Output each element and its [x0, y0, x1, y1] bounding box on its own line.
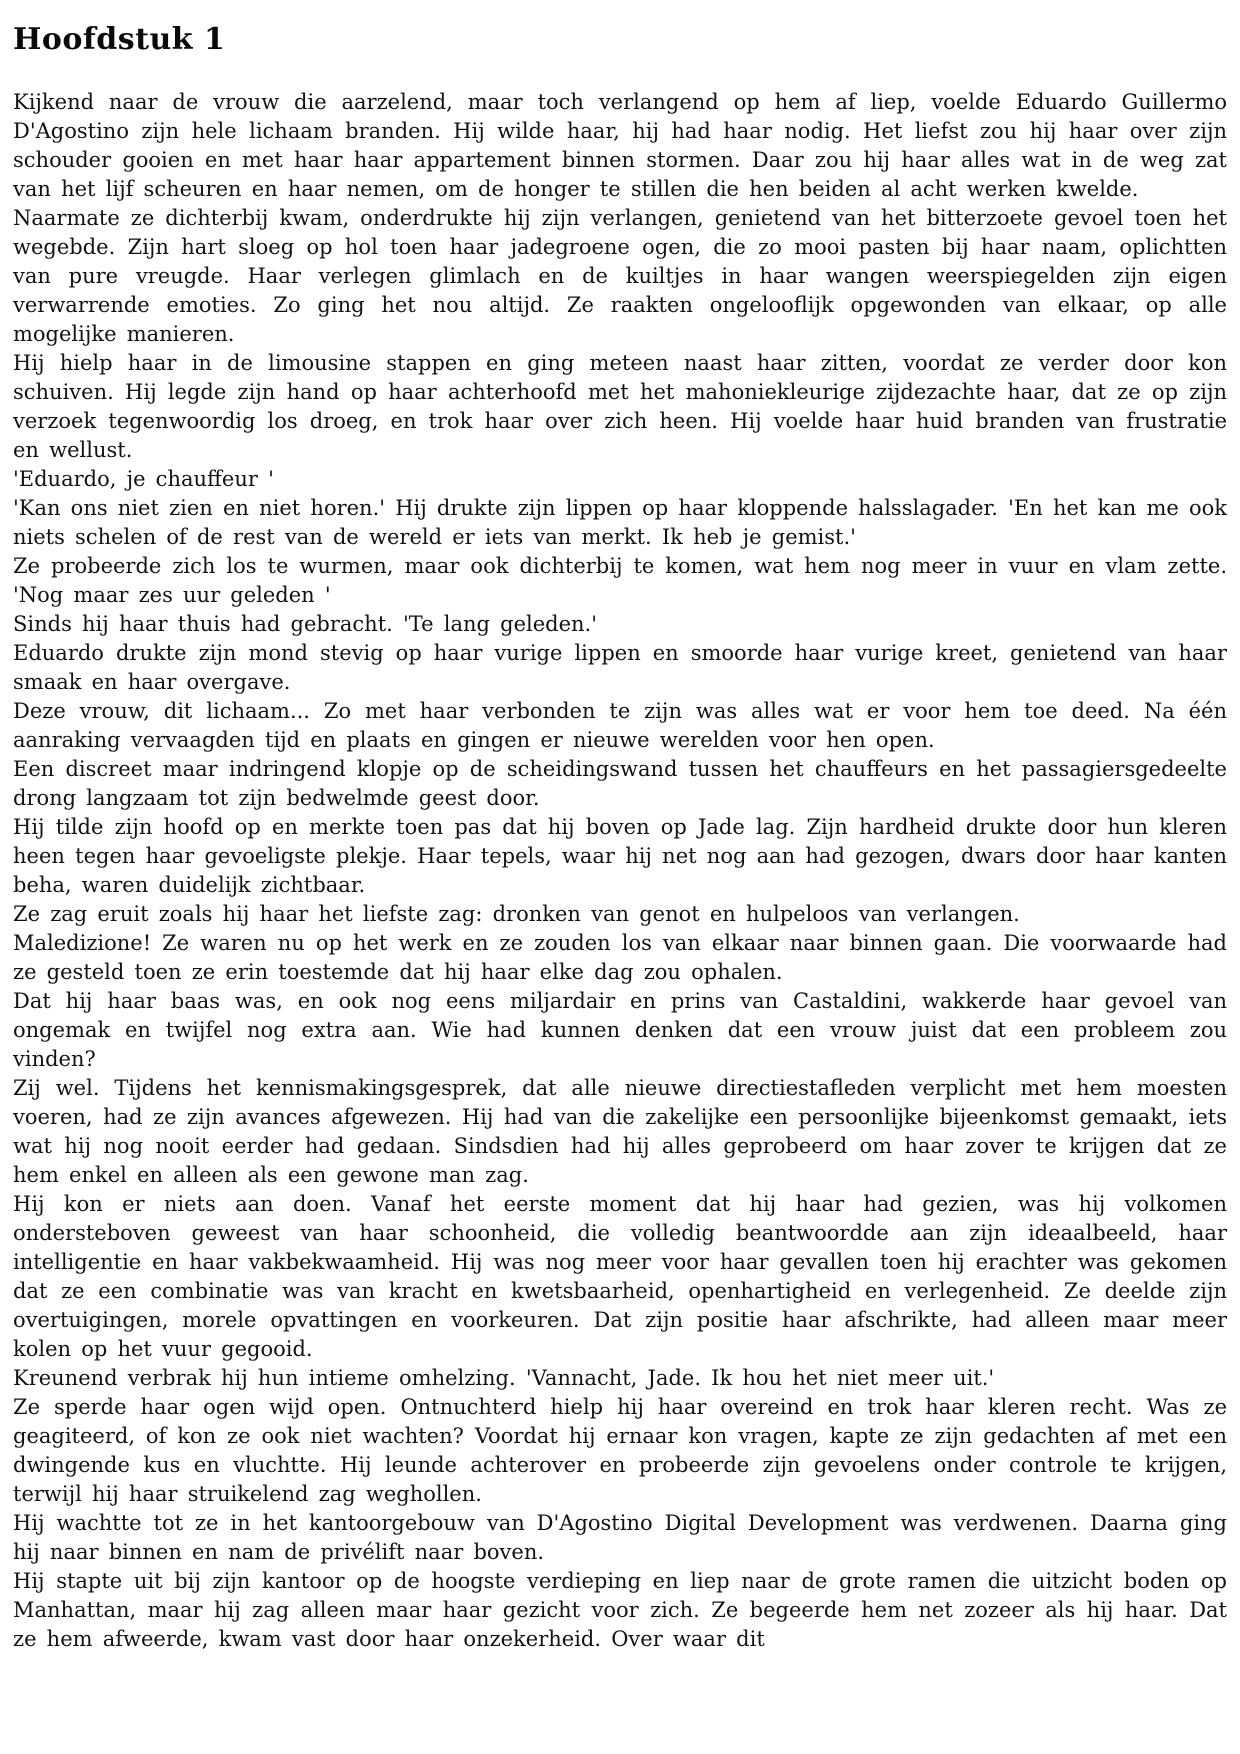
paragraph: Eduardo drukte zijn mond stevig op haar … [13, 639, 1227, 697]
paragraph: Naarmate ze dichterbij kwam, onderdrukte… [13, 204, 1227, 349]
chapter-title: Hoofdstuk 1 [13, 22, 1227, 58]
book-page: Hoofdstuk 1 Kijkend naar de vrouw die aa… [0, 0, 1240, 1754]
paragraph: Dat hij haar baas was, en ook nog eens m… [13, 987, 1227, 1074]
paragraph: Maledizione! Ze waren nu op het werk en … [13, 929, 1227, 987]
paragraph: Sinds hij haar thuis had gebracht. 'Te l… [13, 610, 1227, 639]
paragraph: Hij stapte uit bij zijn kantoor op de ho… [13, 1567, 1227, 1654]
paragraph: Hij hielp haar in de limousine stappen e… [13, 349, 1227, 465]
paragraph: 'Eduardo, je chauffeur ' [13, 465, 1227, 494]
paragraph: Ze sperde haar ogen wijd open. Ontnuchte… [13, 1393, 1227, 1509]
paragraph: Hij wachtte tot ze in het kantoorgebouw … [13, 1509, 1227, 1567]
text-body: Kijkend naar de vrouw die aarzelend, maa… [13, 88, 1227, 1654]
paragraph: Hij tilde zijn hoofd op en merkte toen p… [13, 813, 1227, 900]
paragraph: Deze vrouw, dit lichaam... Zo met haar v… [13, 697, 1227, 755]
paragraph: Kreunend verbrak hij hun intieme omhelzi… [13, 1364, 1227, 1393]
paragraph: Ze zag eruit zoals hij haar het liefste … [13, 900, 1227, 929]
paragraph: Hij kon er niets aan doen. Vanaf het eer… [13, 1190, 1227, 1364]
paragraph: 'Kan ons niet zien en niet horen.' Hij d… [13, 494, 1227, 552]
paragraph: Zij wel. Tijdens het kennismakingsgespre… [13, 1074, 1227, 1190]
paragraph: Ze probeerde zich los te wurmen, maar oo… [13, 552, 1227, 610]
paragraph: Kijkend naar de vrouw die aarzelend, maa… [13, 88, 1227, 204]
paragraph: Een discreet maar indringend klopje op d… [13, 755, 1227, 813]
